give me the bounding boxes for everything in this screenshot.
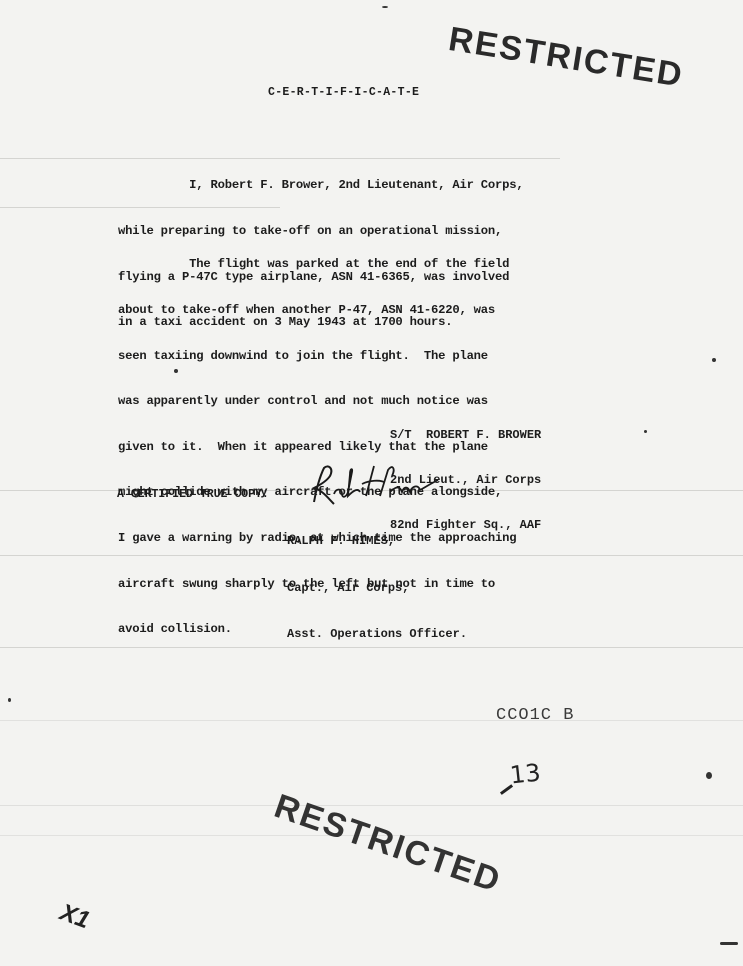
signer-name: S/T ROBERT F. BROWER <box>390 428 541 443</box>
text-line: The flight was parked at the end of the … <box>118 257 578 272</box>
certifier-title: Asst. Operations Officer. <box>287 627 467 643</box>
document-number: CCO1C B <box>496 706 574 725</box>
scan-speck <box>706 772 712 779</box>
scan-speck <box>712 358 716 362</box>
scan-speck <box>644 430 647 433</box>
text-line: I, Robert F. Brower, 2nd Lieutenant, Air… <box>118 178 578 193</box>
scan-speck <box>8 698 11 702</box>
scan-line <box>0 805 743 806</box>
scan-speck <box>174 369 178 373</box>
certifier-rank: Capt., Air Corps, <box>287 581 467 597</box>
scan-speck <box>720 942 738 945</box>
certifier-name: RALPH F. HIMES, <box>287 534 467 550</box>
text-line: seen taxiing downwind to join the flight… <box>118 349 578 364</box>
document-title: C-E-R-T-I-F-I-C-A-T-E <box>268 86 419 99</box>
scan-line <box>0 720 743 721</box>
page-number: 13 <box>509 758 542 789</box>
restricted-stamp-top: RESTRICTED <box>446 20 686 96</box>
text-line: about to take-off when another P-47, ASN… <box>118 303 578 318</box>
certified-copy-label: A CERTIFIED TRUE COPY: <box>117 488 269 501</box>
certifier-block: RALPH F. HIMES, Capt., Air Corps, Asst. … <box>287 503 467 658</box>
corner-mark: X1 <box>56 899 93 935</box>
scan-speck <box>382 6 388 8</box>
